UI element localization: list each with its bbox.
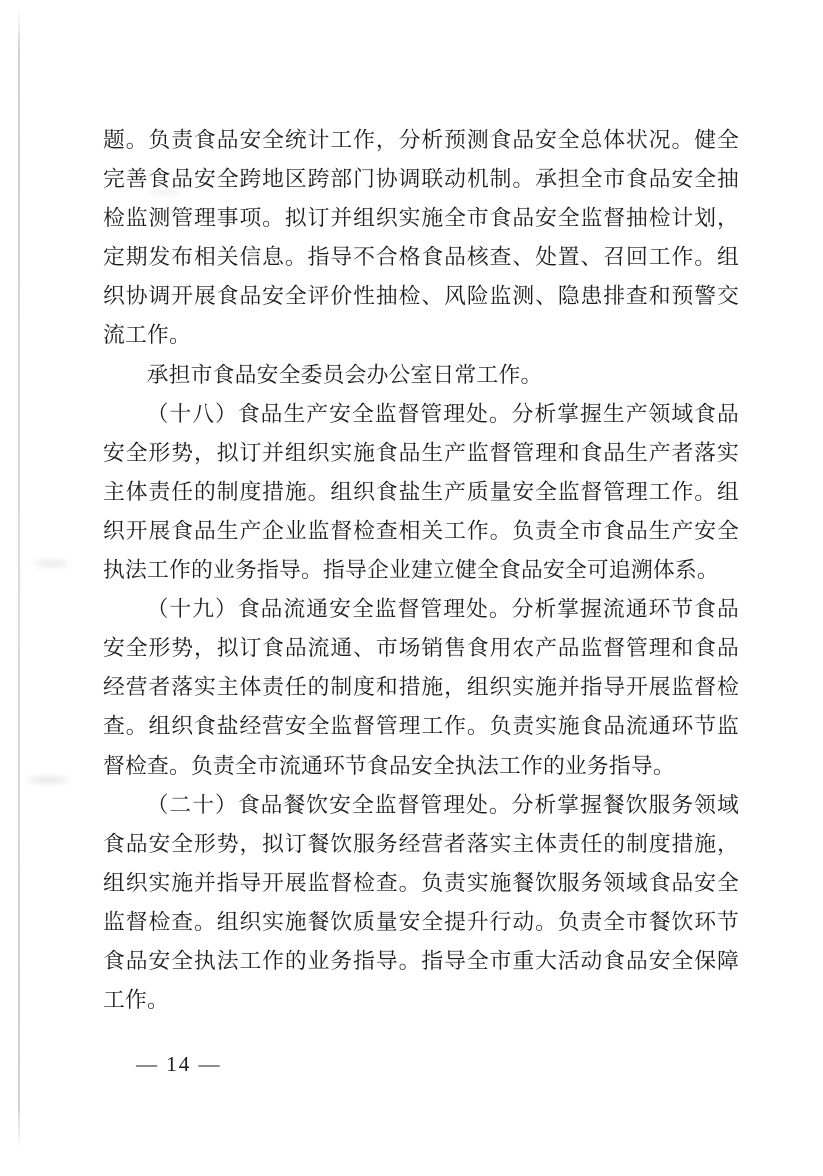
- scan-edge-line: [18, 8, 20, 1150]
- scan-smudge: [34, 560, 68, 567]
- document-page: 题。负责食品安全统计工作，分析预测食品安全总体状况。健全完善食品安全跨地区跨部门…: [0, 0, 823, 1176]
- document-body: 题。负责食品安全统计工作，分析预测食品安全总体状况。健全完善食品安全跨地区跨部门…: [103, 121, 739, 1020]
- paragraph-committee-office: 承担市食品安全委员会办公室日常工作。: [103, 356, 739, 395]
- paragraph-section-18-food-production: （十八）食品生产安全监督管理处。分析掌握生产领域食品安全形势，拟订并组织实施食品…: [103, 395, 739, 590]
- paragraph-continuation: 题。负责食品安全统计工作，分析预测食品安全总体状况。健全完善食品安全跨地区跨部门…: [103, 121, 739, 356]
- paragraph-section-19-food-circulation: （十九）食品流通安全监督管理处。分析掌握流通环节食品安全形势，拟订食品流通、市场…: [103, 590, 739, 785]
- paragraph-section-20-food-catering: （二十）食品餐饮安全监督管理处。分析掌握餐饮服务领域食品安全形势，拟订餐饮服务经…: [103, 786, 739, 1021]
- scan-smudge: [28, 776, 68, 784]
- page-number: — 14 —: [136, 1052, 222, 1077]
